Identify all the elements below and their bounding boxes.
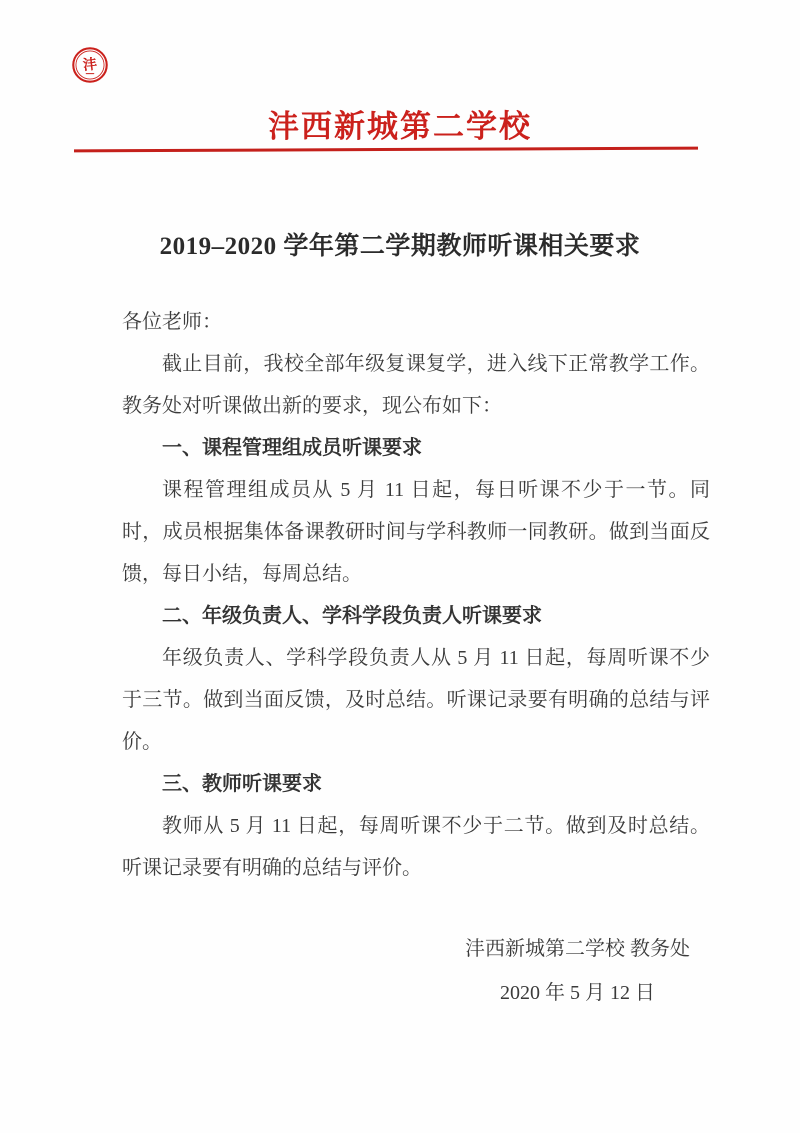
section-1-heading: 一、课程管理组成员听课要求 bbox=[122, 427, 710, 469]
date: 2020 年 5 月 12 日 bbox=[465, 971, 690, 1015]
school-seal-icon: 沣 bbox=[71, 46, 109, 84]
section-1-body: 课程管理组成员从 5 月 11 日起，每日听课不少于一节。同时，成员根据集体备课… bbox=[122, 469, 710, 595]
header-divider bbox=[74, 147, 698, 152]
school-name: 沣西新城第二学校 bbox=[0, 101, 800, 146]
seal-underline bbox=[86, 73, 95, 74]
seal-glyph: 沣 bbox=[82, 56, 99, 74]
salutation: 各位老师： bbox=[122, 301, 710, 343]
section-2-body: 年级负责人、学科学段负责人从 5 月 11 日起，每周听课不少于三节。做到当面反… bbox=[122, 637, 710, 763]
section-3-body: 教师从 5 月 11 日起，每周听课不少于二节。做到及时总结。听课记录要有明确的… bbox=[122, 805, 710, 889]
section-3-heading: 三、教师听课要求 bbox=[122, 763, 710, 805]
document-body: 各位老师： 截止目前，我校全部年级复课复学，进入线下正常教学工作。教务处对听课做… bbox=[122, 301, 710, 1015]
closing-block: 沣西新城第二学校 教务处 2020 年 5 月 12 日 bbox=[122, 927, 710, 1015]
signature-block: 沣西新城第二学校 教务处 2020 年 5 月 12 日 bbox=[465, 927, 690, 1015]
document-page: 沣 沣西新城第二学校 2019–2020 学年第二学期教师听课相关要求 各位老师… bbox=[0, 0, 800, 1133]
document-title: 2019–2020 学年第二学期教师听课相关要求 bbox=[0, 226, 800, 262]
intro-paragraph: 截止目前，我校全部年级复课复学，进入线下正常教学工作。教务处对听课做出新的要求，… bbox=[122, 343, 710, 427]
signature: 沣西新城第二学校 教务处 bbox=[465, 927, 690, 971]
section-2-heading: 二、年级负责人、学科学段负责人听课要求 bbox=[122, 595, 710, 637]
